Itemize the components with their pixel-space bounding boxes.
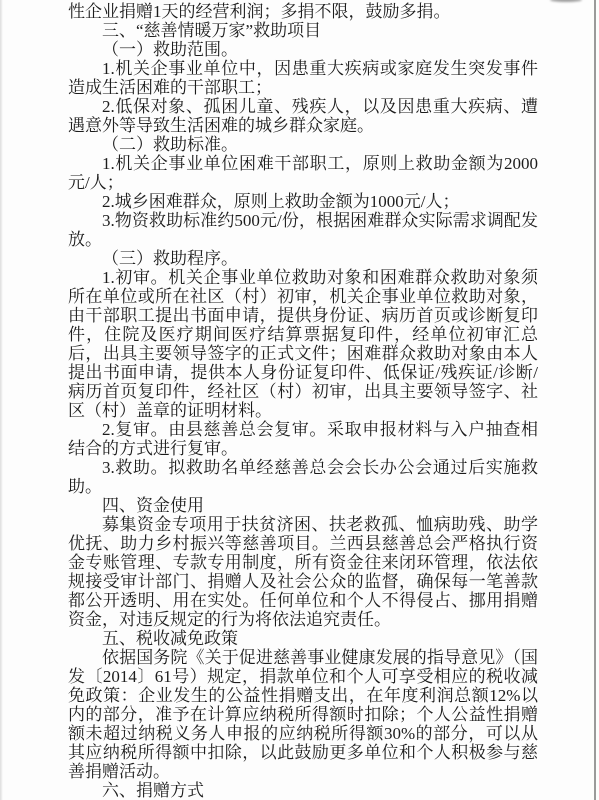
document-text-block: 性企业捐赠1天的经营利润；多捐不限，鼓励多捐。三、“慈善情暖万家”救助项目（一）… [68,2,538,800]
document-page: 性企业捐赠1天的经营利润；多捐不限，鼓励多捐。三、“慈善情暖万家”救助项目（一）… [0,0,599,800]
page-edge-line [594,0,596,800]
paragraph: 1.初审。机关企事业单位救助对象和困难群众救助对象须所在单位或所在社区（村）初审… [68,268,538,420]
section-heading: （一）救助范围。 [68,40,538,59]
scan-artifact-smudge [550,0,582,2]
paragraph: 3.物资救助标准约500元/份，根据困难群众实际需求调配发放。 [68,211,538,249]
paragraph: 募集资金专项用于扶贫济困、扶老救孤、恤病助残、助学优抚、助力乡村振兴等慈善项目。… [68,515,538,629]
section-heading: 五、税收减免政策 [68,629,538,648]
paragraph: 1.机关企事业单位困难干部职工，原则上救助金额为2000元/人； [68,154,538,192]
paragraph: 1.机关企事业单位中，因患重大疾病或家庭发生突发事件造成生活困难的干部职工； [68,59,538,97]
paragraph: 3.救助。拟救助名单经慈善总会会长办公会通过后实施救助。 [68,458,538,496]
paragraph: 2.复审。由县慈善总会复审。采取申报材料与入户抽查相结合的方式进行复审。 [68,420,538,458]
section-heading: （三）救助程序。 [68,249,538,268]
section-heading: 四、资金使用 [68,496,538,515]
section-heading: 六、捐赠方式 [68,781,538,800]
left-edge-shadow [0,0,3,800]
paragraph-continuation: 性企业捐赠1天的经营利润；多捐不限，鼓励多捐。 [68,2,538,21]
section-heading: 三、“慈善情暖万家”救助项目 [68,21,538,40]
paragraph: 2.低保对象、孤困儿童、残疾人，以及因患重大疾病、遭遇意外等导致生活困难的城乡群… [68,97,538,135]
paragraph: 依据国务院《关于促进慈善事业健康发展的指导意见》（国发〔2014〕61号）规定，… [68,648,538,781]
section-heading: （二）救助标准。 [68,135,538,154]
paragraph: 2.城乡困难群众，原则上救助金额为1000元/人； [68,192,538,211]
